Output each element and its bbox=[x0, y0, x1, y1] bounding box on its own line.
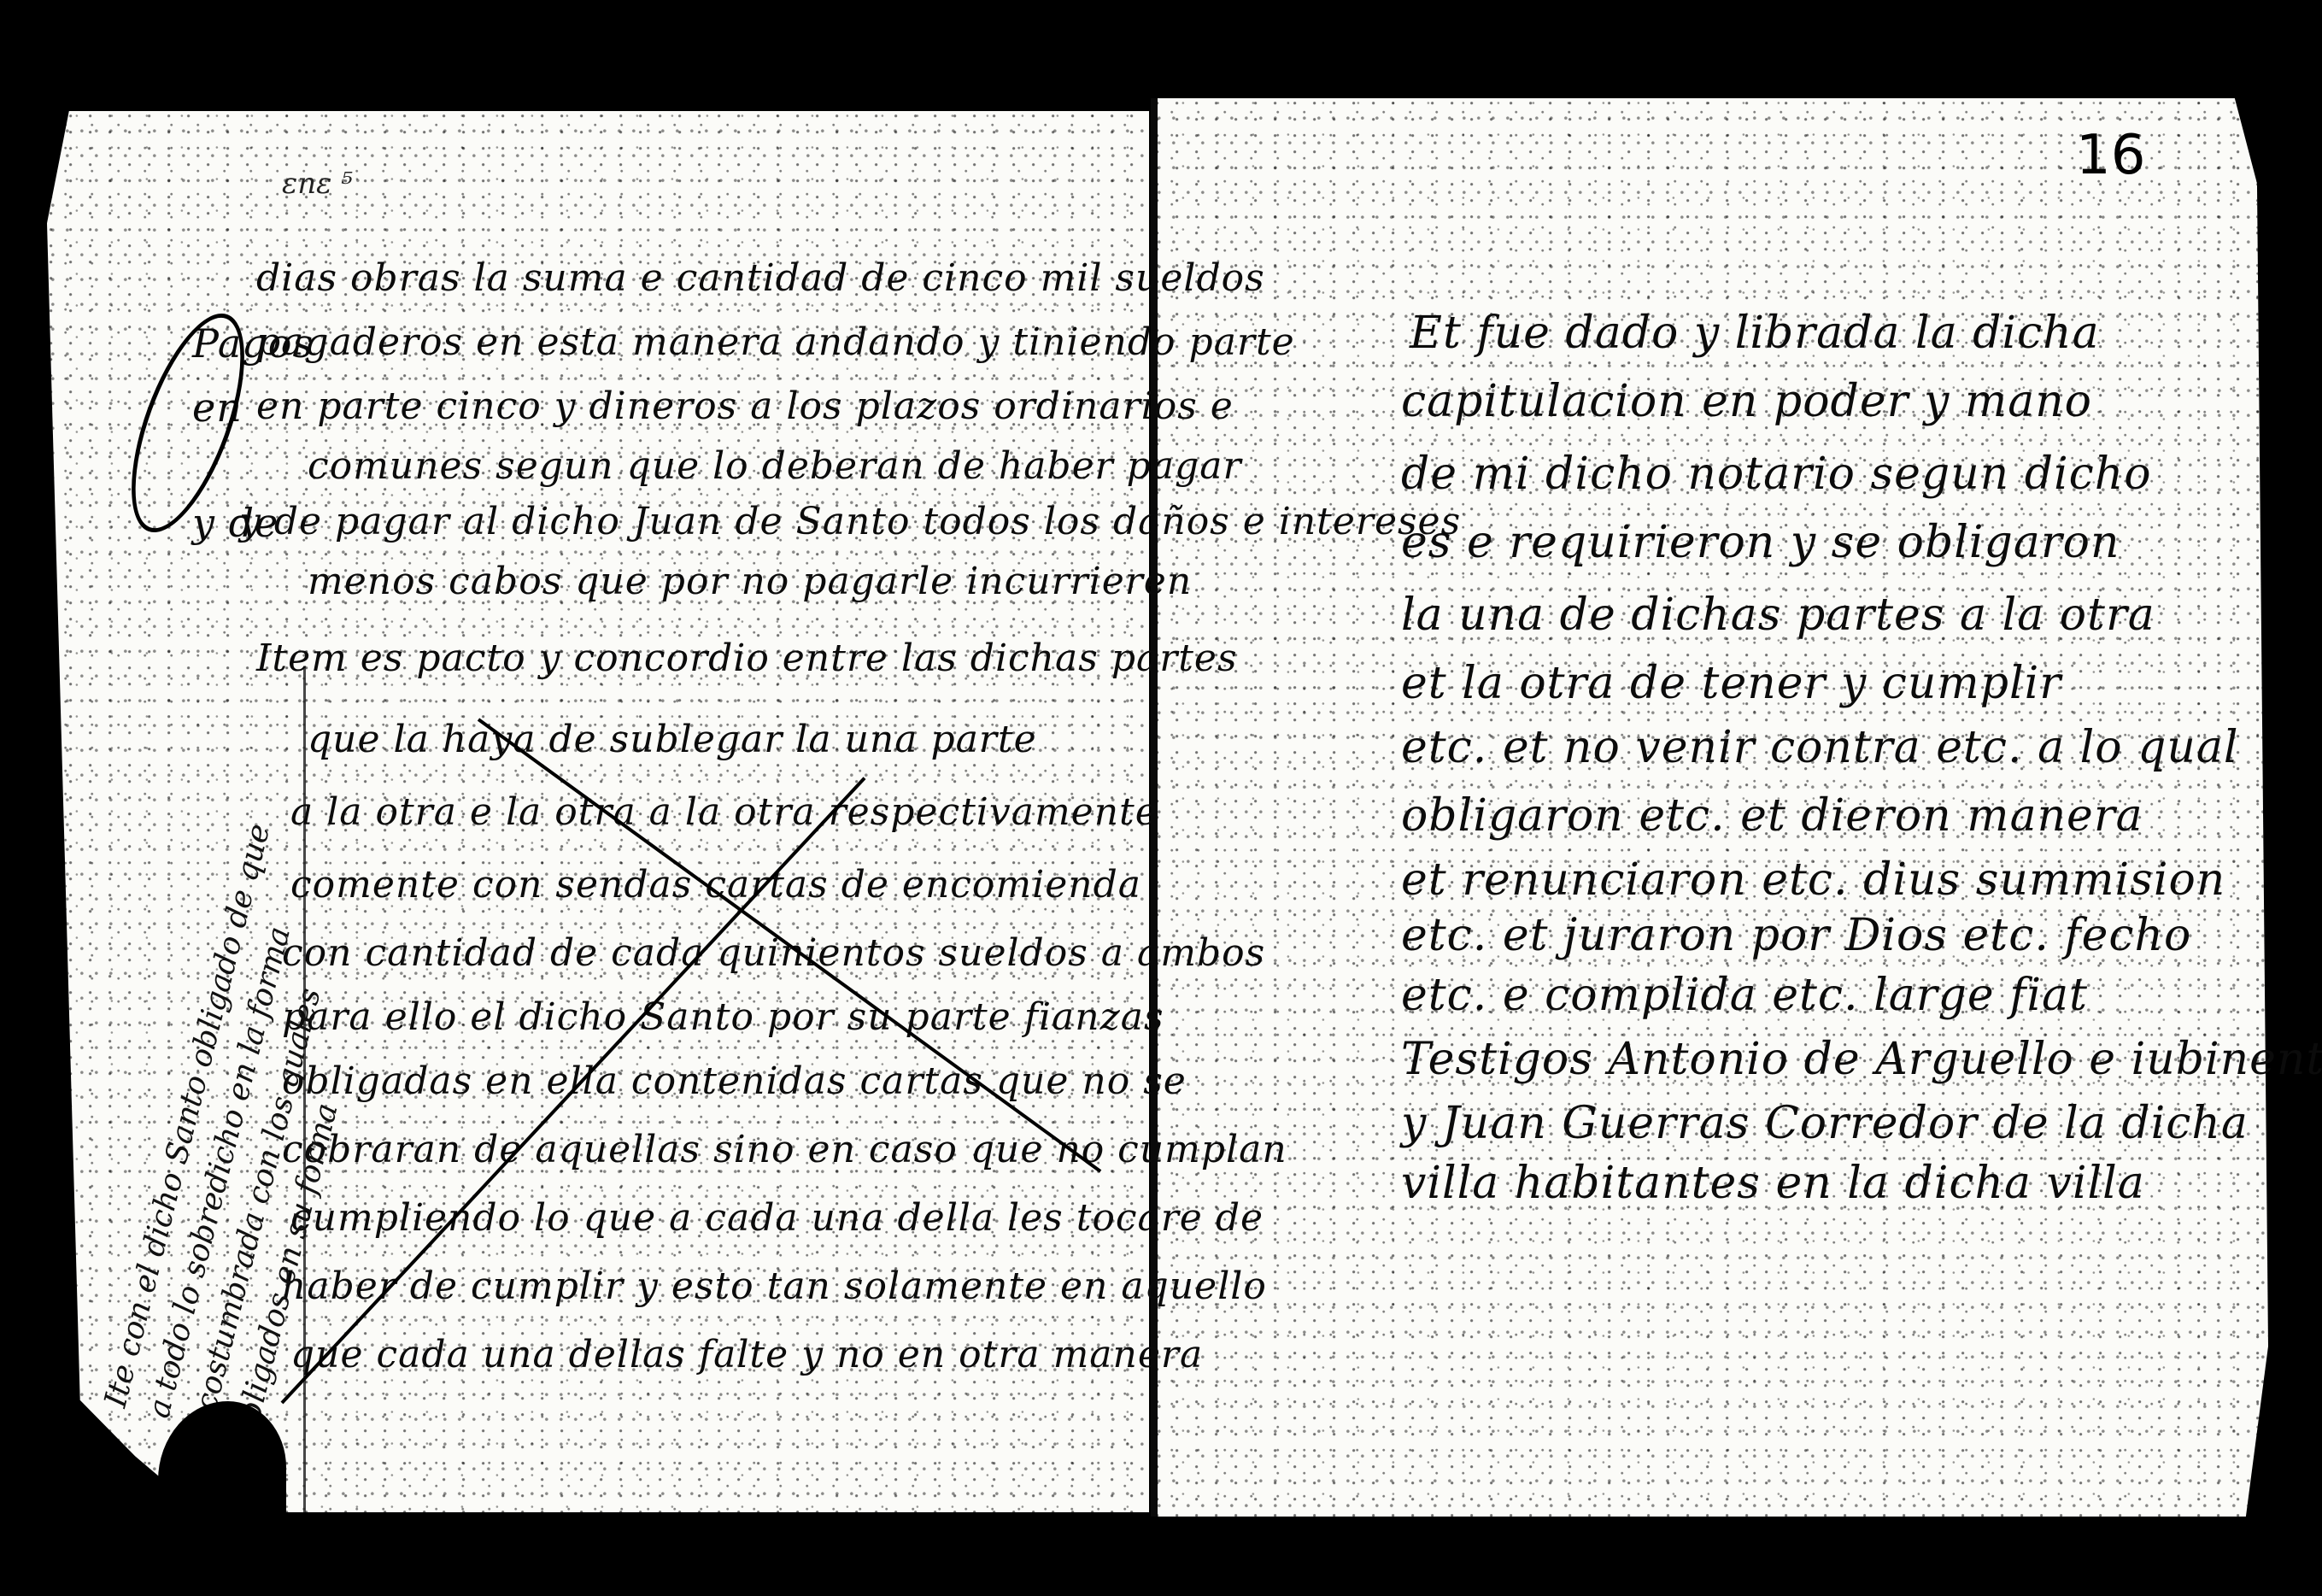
left-line-12: para ello el dicho Santo por su parte fi… bbox=[282, 995, 1164, 1039]
folio-number: 16 bbox=[2076, 124, 2145, 187]
left-line-5: y de pagar al dicho Juan de Santo todos … bbox=[239, 500, 1461, 543]
left-line-6: menos cabos que por no pagarle incurrier… bbox=[308, 560, 1192, 603]
right-line-3: de mi dicho notario segun dicho bbox=[1401, 449, 2152, 500]
right-line-4: es e requirieron y se obligaron bbox=[1401, 517, 2120, 568]
left-line-14: cobraran de aquellas sino en caso que no… bbox=[282, 1128, 1287, 1171]
right-line-7: etc. et no venir contra etc. a lo qual bbox=[1401, 722, 2239, 773]
right-line-10: etc. et juraron por Dios etc. fecho bbox=[1401, 910, 2191, 961]
left-line-9: a la otra e la otra a la otra respectiva… bbox=[290, 790, 1158, 834]
left-line-11: con cantidad de cada quinientos sueldos … bbox=[282, 931, 1265, 975]
right-line-14: villa habitantes en la dicha villa bbox=[1401, 1158, 2145, 1209]
right-line-8: obligaron etc. et dieron manera bbox=[1401, 790, 2143, 842]
left-line-17: que cada una dellas falte y no en otra m… bbox=[290, 1333, 1203, 1376]
left-line-4: comunes segun que lo deberan de haber pa… bbox=[308, 444, 1241, 488]
right-line-5: la una de dichas partes a la otra bbox=[1401, 590, 2155, 641]
margin-word-y-de: y de bbox=[192, 500, 279, 546]
left-line-8: que la haya de sublegar la una parte bbox=[308, 718, 1037, 761]
right-line-9: et renunciaron etc. dius summision bbox=[1401, 854, 2225, 906]
right-line-12: Testigos Antonio de Arguello e iubinente bbox=[1401, 1034, 2322, 1085]
right-line-13: y Juan Guerras Corredor de la dicha bbox=[1401, 1098, 2249, 1149]
left-line-7: Item es pacto y concordio entre las dich… bbox=[256, 637, 1238, 680]
right-line-11: etc. e complida etc. large fiat bbox=[1401, 970, 2088, 1021]
manuscript-scan: ɛnɛ ⁵ 16 dias obras la suma e cantidad d… bbox=[0, 0, 2322, 1596]
right-line-6: et la otra de tener y cumplir bbox=[1401, 658, 2061, 709]
right-line-1: Et fue dado y librada la dicha bbox=[1410, 308, 2100, 359]
left-line-3: en parte cinco y dineros a los plazos or… bbox=[256, 384, 1234, 428]
left-line-2: pagaderos en esta manera andando y tinie… bbox=[256, 320, 1295, 364]
right-line-2: capitulacion en poder y mano bbox=[1401, 376, 2092, 427]
header-mark: ɛnɛ ⁵ bbox=[282, 167, 353, 201]
left-line-16: haber de cumplir y esto tan solamente en… bbox=[282, 1264, 1267, 1308]
left-line-10: comente con sendas cartas de encomienda bbox=[290, 863, 1141, 907]
left-line-13: obligadas en ella contenidas cartas que … bbox=[282, 1059, 1187, 1103]
left-line-1: dias obras la suma e cantidad de cinco m… bbox=[256, 256, 1265, 300]
